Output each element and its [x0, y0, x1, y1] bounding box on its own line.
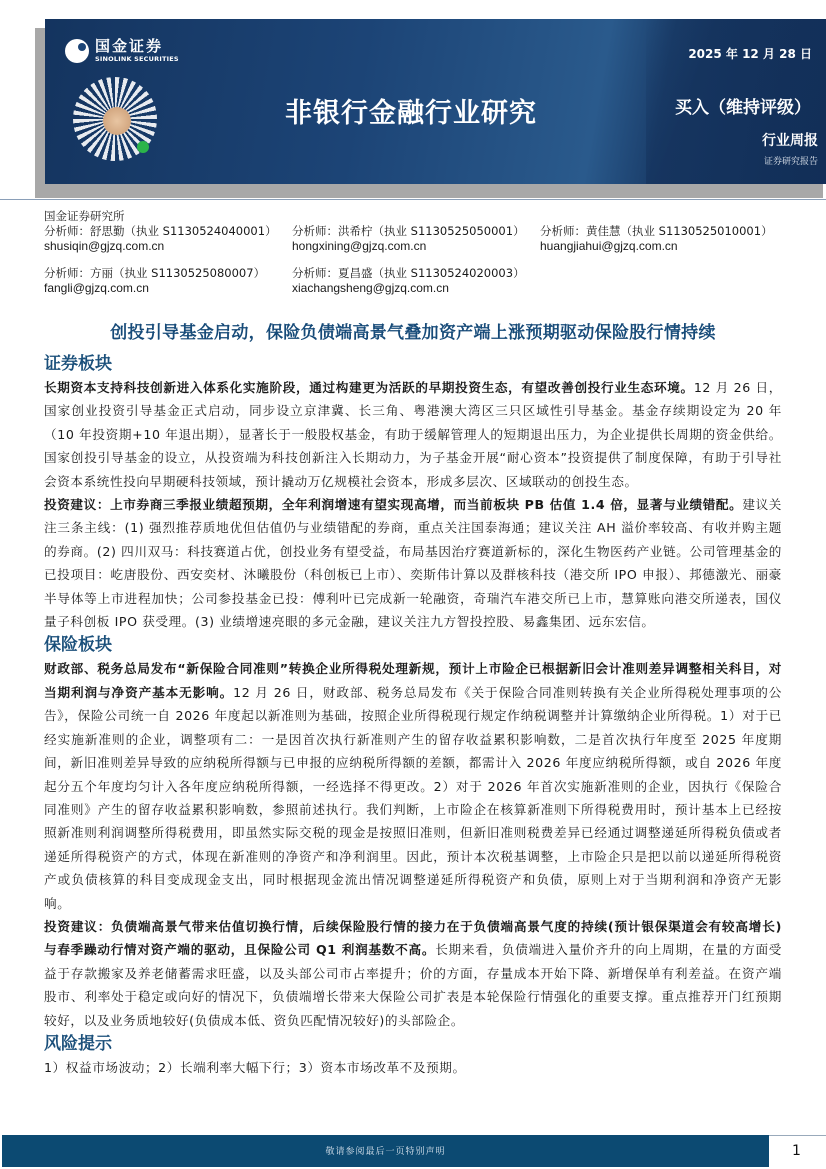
footer-divider — [769, 1135, 826, 1136]
report-headline: 创投引导基金启动，保险负债端高景气叠加资产端上涨预期驱动保险股行情持续 — [0, 318, 826, 343]
section-title-securities: 证券板块 — [44, 352, 782, 376]
logo-cn-text: 国金证券 — [95, 39, 179, 54]
page-number: 1 — [792, 1143, 801, 1159]
analyst-email[interactable]: shusiqin@gjzq.com.cn — [44, 239, 292, 254]
analyst-entry: 分析师：舒思勤（执业 S1130524040001） shusiqin@gjzq… — [44, 224, 292, 254]
wechat-mini-program-icon — [137, 141, 149, 153]
footer-disclaimer: 敬请参阅最后一页特别声明 — [2, 1144, 769, 1157]
header-divider — [0, 199, 826, 200]
analyst-email[interactable]: fangli@gjzq.com.cn — [44, 281, 292, 296]
paragraph: 1）权益市场波动；2）长端利率大幅下行；3）资本市场改革不及预期。 — [44, 1056, 782, 1079]
analyst-entry: 分析师：洪希柠（执业 S1130525050001） hongxining@gj… — [292, 224, 540, 254]
rating-badge: 买入（维持评级） — [675, 93, 811, 118]
report-type: 行业周报 — [762, 130, 818, 150]
paragraph-lead: 投资建议：上市券商三季报业绩超预期，全年利润增速有望实现高增，而当前板块 PB … — [44, 497, 742, 512]
analyst-email[interactable]: huangjiahui@gjzq.com.cn — [540, 239, 787, 254]
report-category: 证券研究报告 — [764, 154, 818, 167]
analyst-label: 分析师：夏昌盛（执业 S1130524020003） — [292, 266, 540, 281]
analyst-email[interactable]: xiachangsheng@gjzq.com.cn — [292, 281, 540, 296]
paragraph-text: 12 月 26 日，国家创业投资引导基金正式启动，同步设立京津冀、长三角、粤港澳… — [44, 380, 782, 489]
report-industry-title: 非银行金融行业研究 — [285, 91, 537, 130]
analyst-email[interactable]: hongxining@gjzq.com.cn — [292, 239, 540, 254]
analyst-label: 分析师：黄佳慧（执业 S1130525010001） — [540, 224, 787, 239]
analyst-label: 分析师：洪希柠（执业 S1130525050001） — [292, 224, 540, 239]
paragraph-text: 建议关注三条主线：(1) 强烈推荐质地优但估值仍与业绩错配的券商，重点关注国泰海… — [44, 497, 782, 629]
paragraph-lead: 长期资本支持科技创新进入体系化实施阶段，通过构建更为活跃的早期投资生态，有望改善… — [44, 380, 694, 395]
paragraph: 财政部、税务总局发布“新保险合同准则”转换企业所得税处理新规，预计上市险企已根据… — [44, 657, 782, 914]
analyst-entry: 分析师：黄佳慧（执业 S1130525010001） huangjiahui@g… — [540, 224, 787, 254]
qr-center-badge-icon — [103, 107, 131, 135]
paragraph: 投资建议：负债端高景气带来估值切换行情，后续保险股行情的接力在于负债端高景气度的… — [44, 915, 782, 1032]
paragraph: 长期资本支持科技创新进入体系化实施阶段，通过构建更为活跃的早期投资生态，有望改善… — [44, 376, 782, 493]
header-banner: 国金证券 SINOLINK SECURITIES 非银行金融行业研究 2025 … — [45, 19, 826, 184]
paragraph-text: 12 月 26 日，财政部、税务总局发布《关于保险合同准则转换有关企业所得税处理… — [44, 685, 782, 911]
report-date: 2025 年 12 月 28 日 — [688, 45, 812, 62]
institute-name: 国金证券研究所 — [44, 209, 824, 224]
analyst-block: 国金证券研究所 分析师：舒思勤（执业 S1130524040001） shusi… — [44, 209, 824, 296]
analyst-label: 分析师：方丽（执业 S1130525080007） — [44, 266, 292, 281]
analyst-entry: 分析师：夏昌盛（执业 S1130524020003） xiachangsheng… — [292, 266, 540, 296]
paragraph: 投资建议：上市券商三季报业绩超预期，全年利润增速有望实现高增，而当前板块 PB … — [44, 493, 782, 633]
analyst-entry: 分析师：方丽（执业 S1130525080007） fangli@gjzq.co… — [44, 266, 292, 296]
logo-en-text: SINOLINK SECURITIES — [95, 56, 179, 63]
footer-bar: 敬请参阅最后一页特别声明 — [2, 1135, 769, 1167]
company-logo: 国金证券 SINOLINK SECURITIES — [65, 39, 179, 63]
section-title-insurance: 保险板块 — [44, 633, 782, 657]
logo-mark-icon — [65, 39, 89, 63]
analyst-label: 分析师：舒思勤（执业 S1130524040001） — [44, 224, 292, 239]
report-body: 证券板块 长期资本支持科技创新进入体系化实施阶段，通过构建更为活跃的早期投资生态… — [44, 352, 782, 1079]
paragraph-text: 1）权益市场波动；2）长端利率大幅下行；3）资本市场改革不及预期。 — [44, 1060, 466, 1075]
section-title-risk: 风险提示 — [44, 1032, 782, 1056]
